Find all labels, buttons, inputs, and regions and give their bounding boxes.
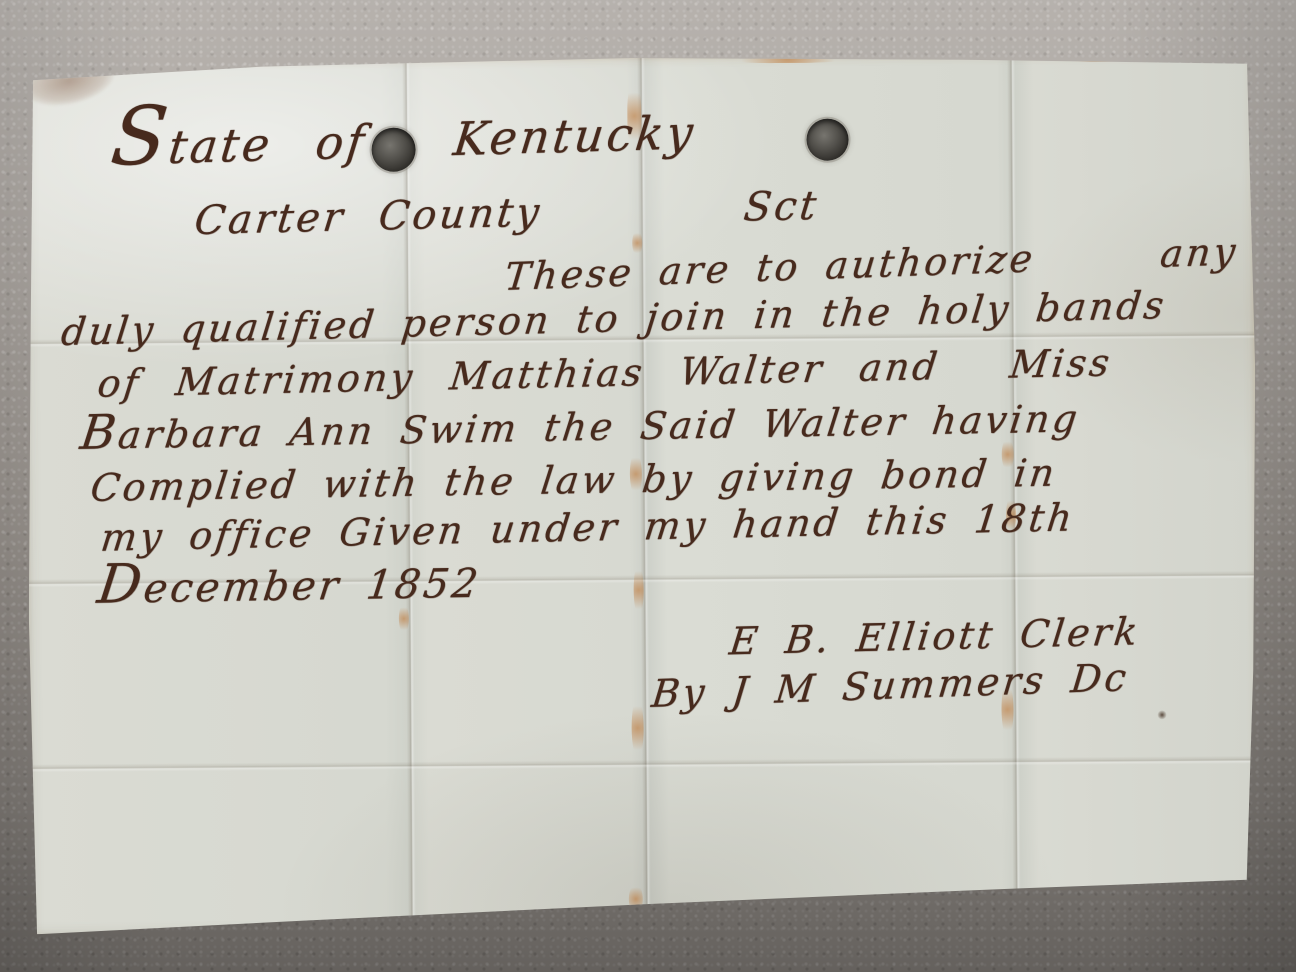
body-line-matrimony-names: of Matrimony Matthias Walter and Miss (95, 342, 1114, 405)
heading-state-line: State of Kentucky (108, 107, 699, 174)
heading-county-line: Carter County Sct (192, 184, 821, 243)
dark-speck-stain (1158, 710, 1167, 719)
punch-hole-right (806, 119, 848, 161)
body-line-date: December 1852 (95, 562, 483, 612)
body-line-bride-name: Barbara Ann Swim the Said Walter having (78, 398, 1083, 457)
document-paper: State of Kentucky Carter County Sct Thes… (23, 50, 1261, 939)
signature-clerk: E B. Elliott Clerk (727, 611, 1142, 663)
signature-deputy-clerk: By J M Summers Dc (650, 657, 1131, 716)
